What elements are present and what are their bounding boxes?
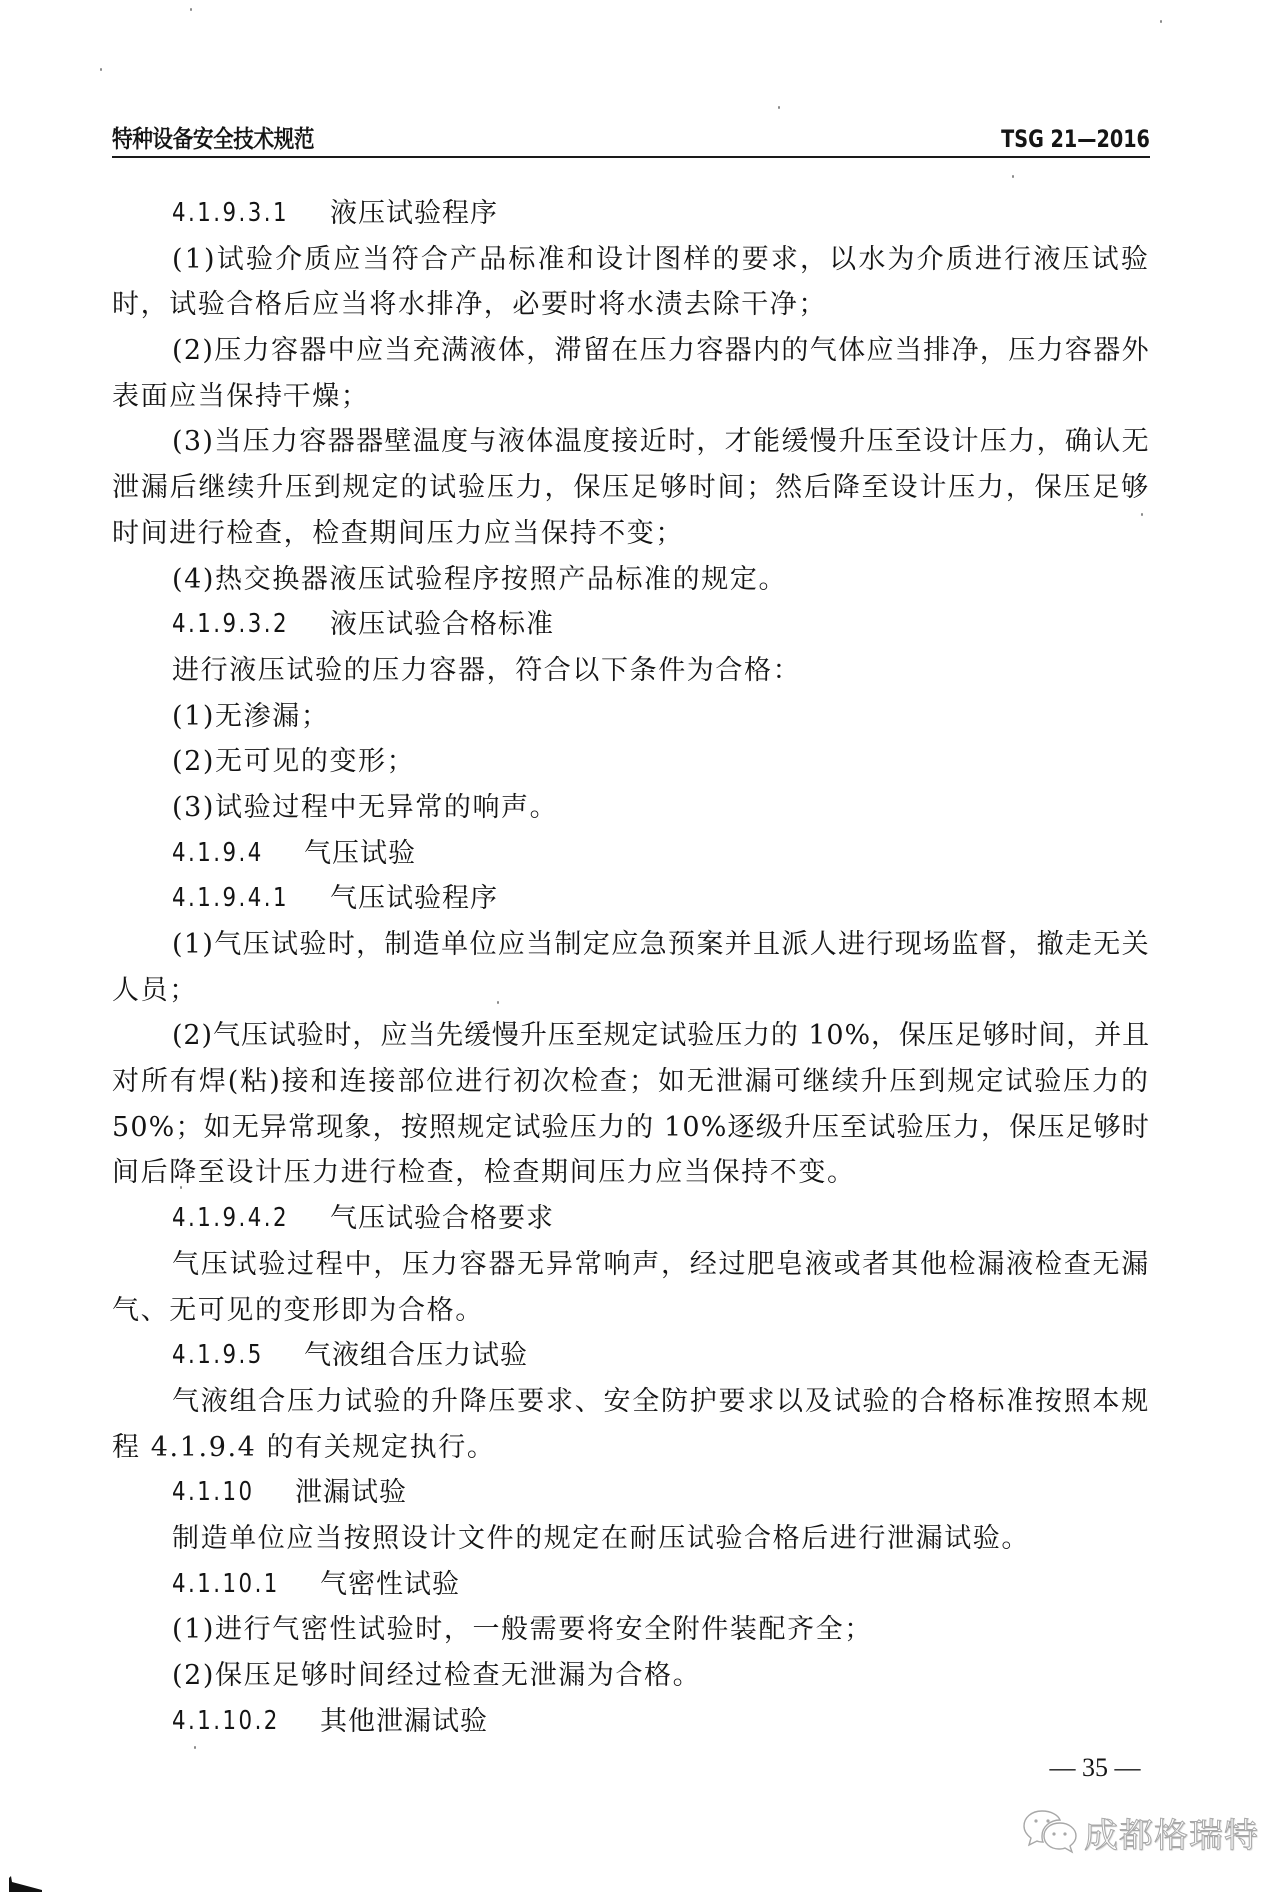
section-heading: 4.1.10泄漏试验 xyxy=(112,1470,1152,1516)
section-number: 4.1.9.4.2 xyxy=(172,1196,289,1242)
paragraph-first-line: 进行液压试验的压力容器，符合以下条件为合格： xyxy=(112,648,1152,694)
section-number: 4.1.9.3.2 xyxy=(172,602,289,648)
paragraph-first-line: 制造单位应当按照设计文件的规定在耐压试验合格后进行泄漏试验。 xyxy=(112,1516,1152,1562)
paragraph-continuation-line: 对所有焊(粘)接和连接部位进行初次检查；如无泄漏可继续升压到规定试验压力的 xyxy=(112,1059,1152,1105)
standard-code: TSG 21—2016 xyxy=(1001,124,1150,154)
scan-speck xyxy=(190,8,192,11)
page-number: — 35 — xyxy=(1040,1753,1150,1783)
section-number-box: 4.1.9.3.1 xyxy=(172,191,290,239)
paragraph-continuation-line: 50%；如无异常现象，按照规定试验压力的 10%逐级升压至试验压力，保压足够时 xyxy=(112,1105,1152,1151)
scan-speck xyxy=(194,1746,196,1749)
paragraph-first-line: (2)气压试验时，应当先缓慢升压至规定试验压力的 10%，保压足够时间，并且 xyxy=(112,1013,1152,1059)
section-number: 4.1.10.1 xyxy=(172,1562,280,1608)
section-number-box: 4.1.10.2 xyxy=(172,1699,280,1747)
watermark: 成都格瑞特 xyxy=(1022,1805,1259,1860)
paragraph-continuation-line: 间后降至设计压力进行检查，检查期间压力应当保持不变。 xyxy=(112,1150,1152,1196)
paragraph-first-line: (1)无渗漏； xyxy=(112,694,1152,740)
section-heading: 4.1.9.4气压试验 xyxy=(112,831,1152,877)
paragraph-continuation-line: 时间进行检查，检查期间压力应当保持不变； xyxy=(112,511,1152,557)
section-number-box: 4.1.9.5 xyxy=(172,1333,264,1381)
paragraph-continuation-line: 气、无可见的变形即为合格。 xyxy=(112,1288,1152,1334)
paragraph-continuation-line: 时，试验合格后应当将水排净，必要时将水渍去除干净； xyxy=(112,282,1152,328)
section-number-box: 4.1.10 xyxy=(172,1470,255,1518)
section-number: 4.1.9.3.1 xyxy=(172,191,289,237)
scan-corner-artifact xyxy=(8,1876,44,1892)
section-number: 4.1.10 xyxy=(172,1470,255,1516)
paragraph-first-line: (2)压力容器中应当充满液体，滞留在压力容器内的气体应当排净，压力容器外 xyxy=(112,328,1152,374)
section-heading: 4.1.10.2其他泄漏试验 xyxy=(112,1699,1152,1745)
page-header: 特种设备安全技术规范 TSG 21—2016 xyxy=(112,124,1150,158)
paragraph-continuation-line: 表面应当保持干燥； xyxy=(112,374,1152,420)
scan-speck xyxy=(778,106,780,109)
paragraph-first-line: (1)气压试验时，制造单位应当制定应急预案并且派人进行现场监督，撤走无关 xyxy=(112,922,1152,968)
paragraph-first-line: (2)保压足够时间经过检查无泄漏为合格。 xyxy=(112,1653,1152,1699)
section-title: 液压试验合格标准 xyxy=(330,602,554,648)
section-number: 4.1.9.5 xyxy=(172,1333,264,1379)
paragraph-first-line: (3)当压力容器器壁温度与液体温度接近时，才能缓慢升压至设计压力，确认无 xyxy=(112,419,1152,465)
section-number-box: 4.1.10.1 xyxy=(172,1562,280,1610)
paragraph-continuation-line: 泄漏后继续升压到规定的试验压力，保压足够时间；然后降至设计压力，保压足够 xyxy=(112,465,1152,511)
section-number-box: 4.1.9.4 xyxy=(172,831,264,879)
scan-speck xyxy=(180,1186,182,1189)
paragraph-continuation-line: 程 4.1.9.4 的有关规定执行。 xyxy=(112,1425,1152,1471)
paragraph-first-line: (2)无可见的变形； xyxy=(112,739,1152,785)
section-title: 其他泄漏试验 xyxy=(320,1699,488,1745)
section-title: 气压试验合格要求 xyxy=(330,1196,554,1242)
paragraph-first-line: (4)热交换器液压试验程序按照产品标准的规定。 xyxy=(112,557,1152,603)
section-number: 4.1.9.4.1 xyxy=(172,876,289,922)
section-heading: 4.1.9.4.2气压试验合格要求 xyxy=(112,1196,1152,1242)
scan-speck xyxy=(497,1001,499,1004)
section-title: 气压试验程序 xyxy=(330,876,498,922)
section-title: 液压试验程序 xyxy=(330,191,498,237)
scan-speck xyxy=(284,393,286,396)
section-number-box: 4.1.9.3.2 xyxy=(172,602,290,650)
section-heading: 4.1.9.3.1液压试验程序 xyxy=(112,191,1152,237)
section-number-box: 4.1.9.4.2 xyxy=(172,1196,290,1244)
section-title: 气液组合压力试验 xyxy=(304,1333,528,1379)
scan-speck xyxy=(1160,20,1162,23)
scan-speck xyxy=(1141,513,1143,516)
document-body: 4.1.9.3.1液压试验程序(1)试验介质应当符合产品标准和设计图样的要求，以… xyxy=(112,191,1152,1744)
section-heading: 4.1.9.4.1气压试验程序 xyxy=(112,876,1152,922)
section-heading: 4.1.9.5气液组合压力试验 xyxy=(112,1333,1152,1379)
section-title: 泄漏试验 xyxy=(295,1470,407,1516)
paragraph-first-line: (1)试验介质应当符合产品标准和设计图样的要求，以水为介质进行液压试验 xyxy=(112,237,1152,283)
section-number: 4.1.10.2 xyxy=(172,1699,280,1745)
scan-speck xyxy=(100,68,102,71)
paragraph-first-line: (1)进行气密性试验时，一般需要将安全附件装配齐全； xyxy=(112,1607,1152,1653)
section-title: 气密性试验 xyxy=(320,1562,460,1608)
section-title: 气压试验 xyxy=(304,831,416,877)
paragraph-first-line: (3)试验过程中无异常的响声。 xyxy=(112,785,1152,831)
paragraph-first-line: 气压试验过程中，压力容器无异常响声，经过肥皂液或者其他检漏液检查无漏 xyxy=(112,1242,1152,1288)
running-title: 特种设备安全技术规范 xyxy=(112,124,314,154)
section-heading: 4.1.10.1气密性试验 xyxy=(112,1562,1152,1608)
paragraph-first-line: 气液组合压力试验的升降压要求、安全防护要求以及试验的合格标准按照本规 xyxy=(112,1379,1152,1425)
section-heading: 4.1.9.3.2液压试验合格标准 xyxy=(112,602,1152,648)
wechat-icon xyxy=(1022,1807,1078,1859)
scan-speck xyxy=(1012,175,1014,178)
watermark-text: 成都格瑞特 xyxy=(1084,1808,1259,1857)
header-rule xyxy=(112,156,1150,158)
section-number-box: 4.1.9.4.1 xyxy=(172,876,290,924)
paragraph-continuation-line: 人员； xyxy=(112,968,1152,1014)
section-number: 4.1.9.4 xyxy=(172,831,264,877)
